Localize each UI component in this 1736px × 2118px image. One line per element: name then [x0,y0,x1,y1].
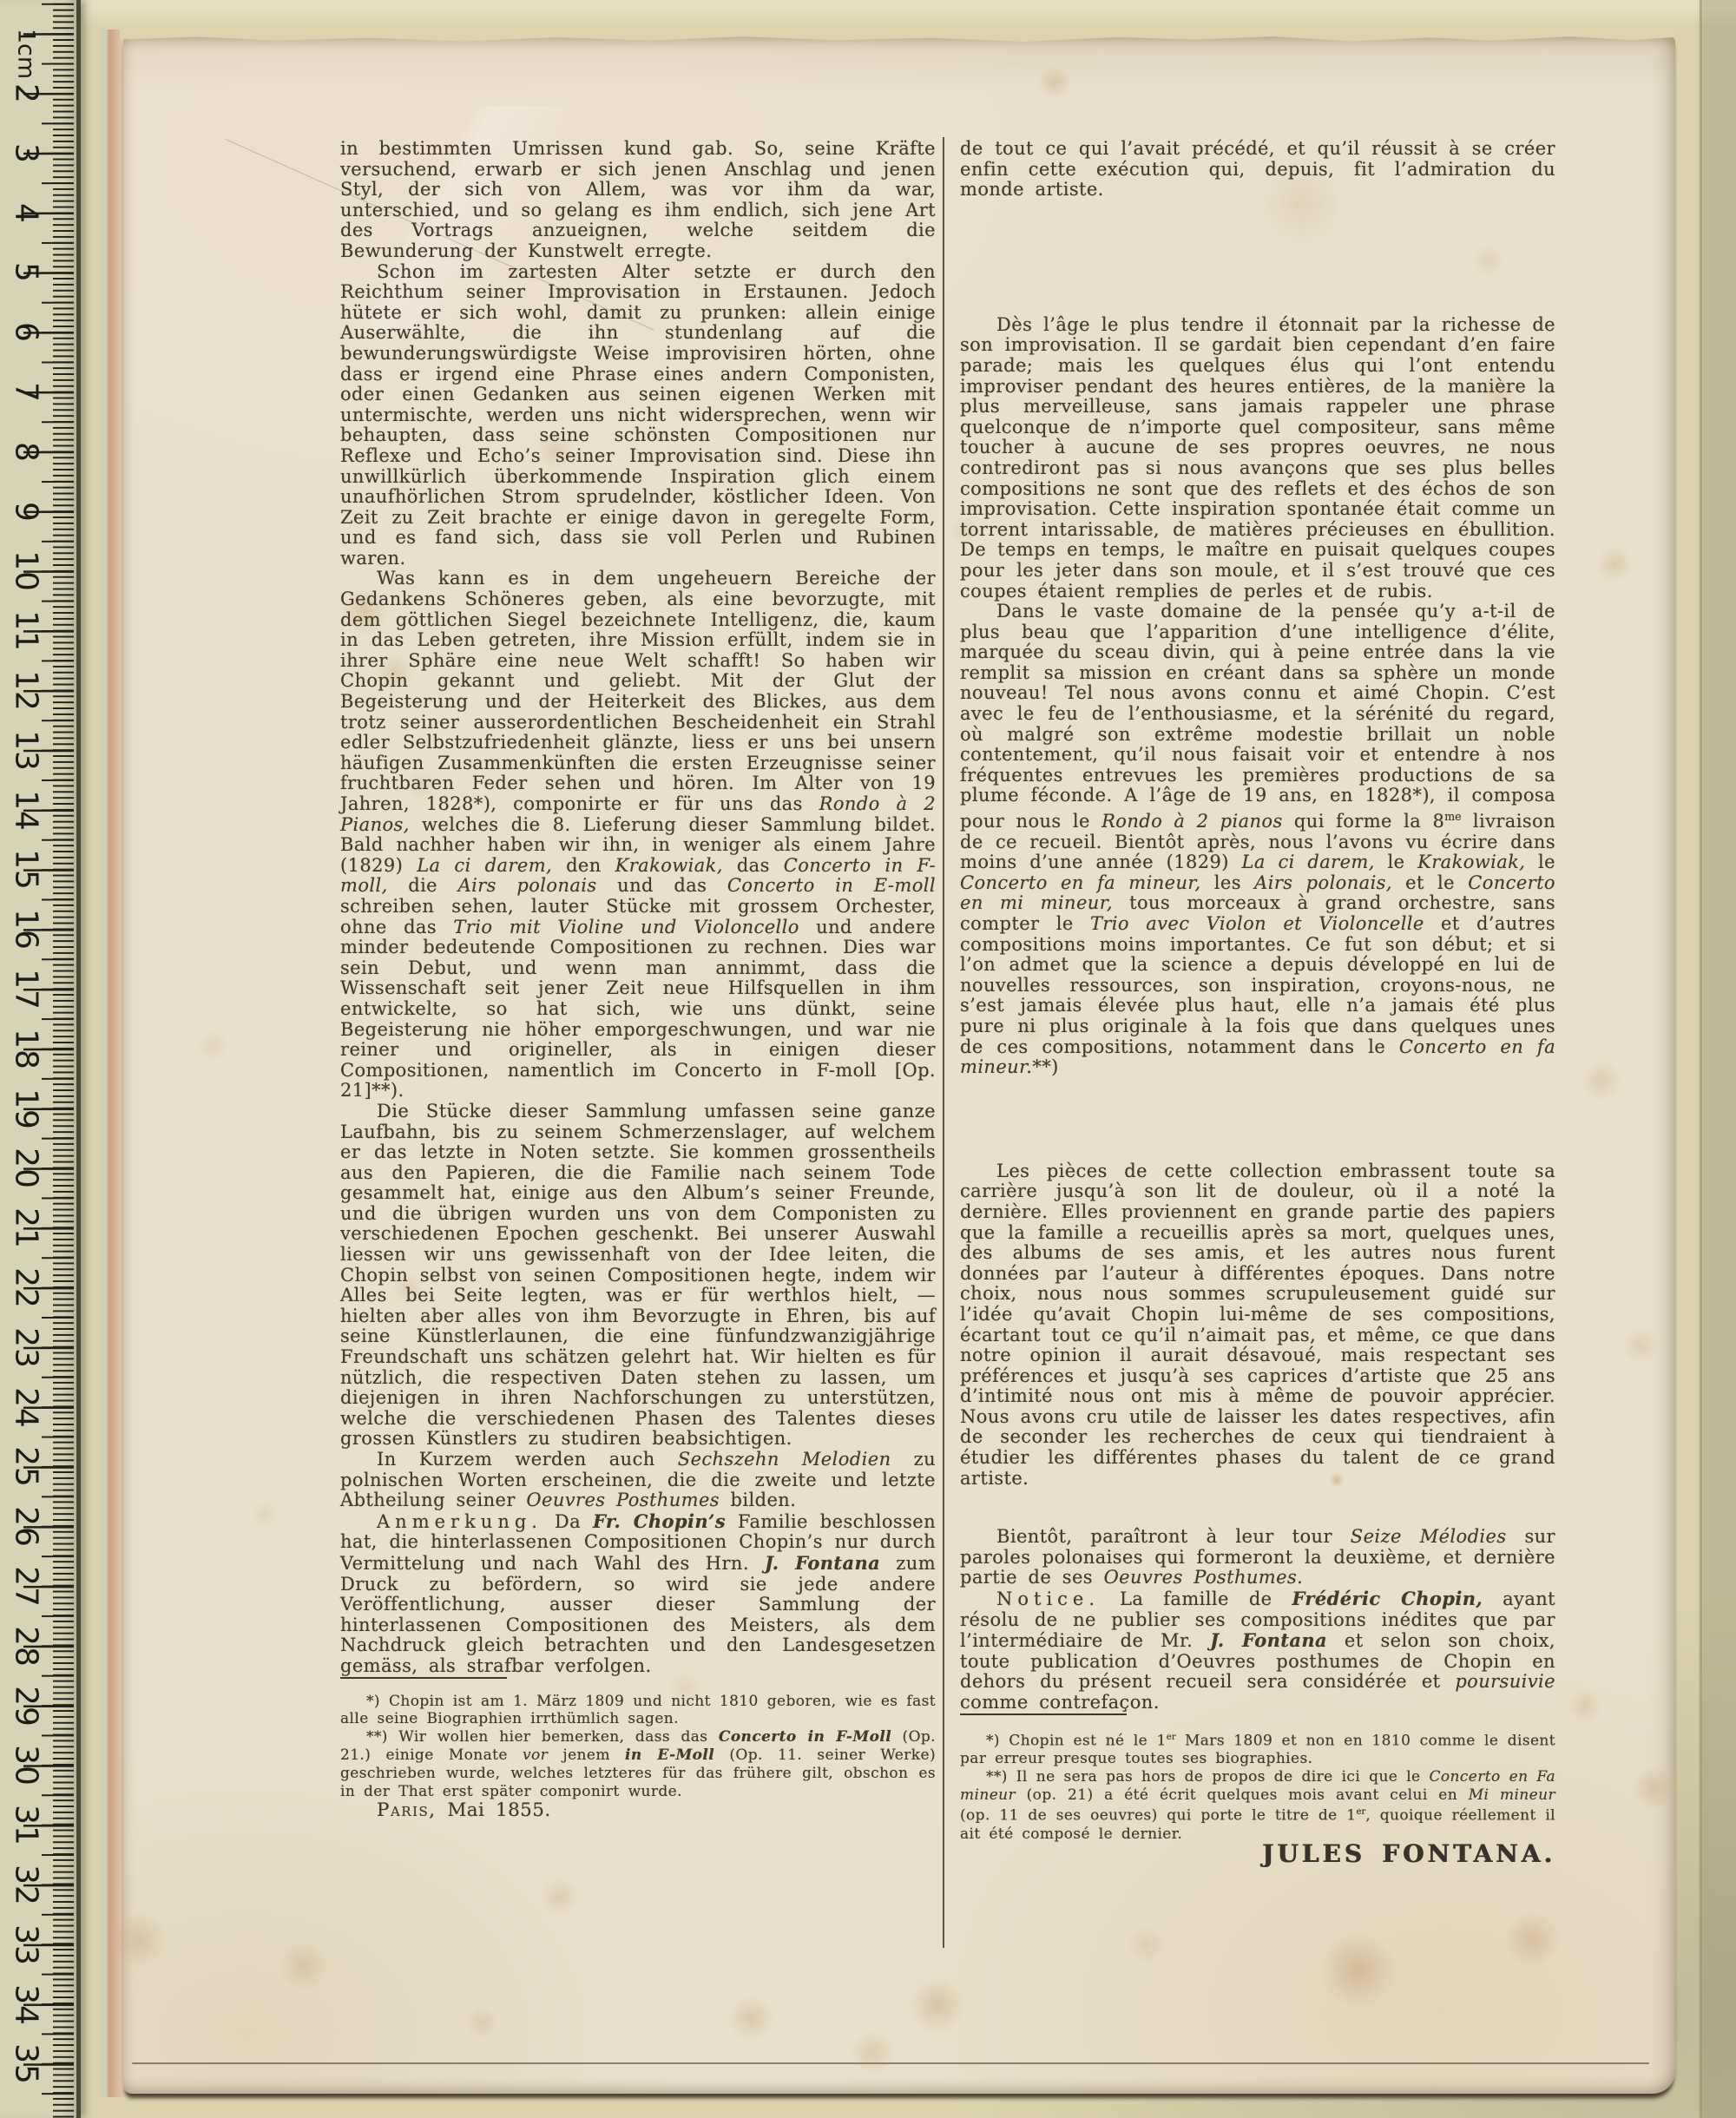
ruler-number: 5 [9,262,44,283]
ruler-number: 32 [9,1865,44,1906]
ruler-number: 8 [9,442,44,463]
foxing-stain [1614,1319,1667,1371]
german-column: in bestimmten Umrissen kund gab. So, sei… [340,139,936,1821]
german-paragraph: in bestimmten Umrissen kund gab. So, sei… [340,139,936,262]
text-segment: J. Fontana [765,1552,880,1574]
german-footnote-2: **) Wir wollen hier bemerken, dass das C… [340,1728,936,1800]
text-segment: **) Il ne sera pas hors de propos de dir… [986,1768,1430,1786]
scanned-document-photo: in bestimmten Umrissen kund gab. So, sei… [0,0,1736,2118]
ruler-number: 24 [9,1387,44,1429]
text-segment: les [1201,872,1255,893]
foxing-stain [718,1985,784,2051]
ruler-number: 10 [9,550,44,592]
text-segment: Mi mineur [1469,1786,1555,1804]
german-footnotes: *) Chopin ist am 1. März 1809 und nicht … [340,1693,936,1801]
foxing-stain [534,1871,586,1923]
ruler-number: 15 [9,849,44,891]
ruler-number: 20 [9,1148,44,1189]
text-segment: *) Chopin est né le 1 [986,1732,1167,1749]
text-segment: La ci darem, [1242,852,1375,872]
foxing-stain [246,1496,284,1534]
ruler-number: 22 [9,1267,44,1309]
ruler-number: 3 [9,143,44,164]
document-page: in bestimmten Umrissen kund gab. So, sei… [123,36,1675,2094]
text-segment: (op. 11 de ses oeuvres) qui porte le tit… [960,1807,1356,1825]
text-segment: bilden. [720,1490,796,1510]
ruler-number: 7 [9,382,44,403]
text-segment: und andere minder bedeutende Composition… [340,917,936,1102]
text-segment: poursuivie [1455,1671,1555,1692]
german-paragraph-anmerkung: Anmerkung. Da Fr. Chopin’s Familie besch… [340,1511,936,1677]
ruler-number: 28 [9,1626,44,1667]
text-segment: die [388,875,458,896]
ruler-number: 13 [9,730,44,772]
text-segment: Trio mit Violine und Violoncello [453,917,799,937]
french-footnote-rule [960,1713,1127,1715]
foxing-stain [1030,58,1079,107]
text-segment: qui forme la 8 [1283,811,1445,832]
text-segment: er [1356,1807,1365,1817]
french-paragraph: Bientôt, paraîtront à leur tour Seize Mé… [960,1527,1555,1588]
text-segment: Trio avec Violon et Violoncelle [1090,913,1424,934]
signature-jules-fontana: JULES FONTANA. [960,1844,1555,1865]
french-text-block: de tout ce qui l’avait précédé, et qu’il… [960,139,1555,1713]
text-segment: et le [1392,872,1468,893]
ruler-number: 17 [9,969,44,1010]
french-paragraph: Dès l’âge le plus tendre il étonnait par… [960,315,1555,602]
german-paragraph: Schon im zartesten Alter setzte er durch… [340,262,936,569]
text-segment: Krakowiak, [615,855,723,876]
text-segment: jenem [548,1746,625,1764]
foxing-stain [1120,1918,1172,1970]
text-segment: Rondo à 2 pianos [1101,811,1283,832]
foxing-stain [190,1023,235,1069]
text-segment: Seize Mélodies [1351,1526,1507,1547]
text-segment: Dès l’âge le plus tendre il étonnait par… [960,314,1555,602]
text-segment: Oeuvres Posthumes [526,1490,720,1510]
ruler-number: 2 [9,83,44,104]
french-paragraph: Dans le vaste domaine de la pensée qu’y … [960,602,1555,1078]
french-paragraph: de tout ce qui l’avait précédé, et qu’il… [960,139,1555,201]
text-segment: vor [523,1746,548,1764]
german-paragraph: Die Stücke dieser Sammlung umfassen sein… [340,1102,936,1450]
text-segment: den [552,855,615,876]
text-segment: Krakowiak, [1417,852,1525,872]
foxing-stain [1588,538,1641,590]
text-segment: Die Stücke dieser Sammlung umfassen sein… [340,1101,936,1450]
ruler-number: 16 [9,909,44,950]
text-segment: Les pièces de cette collection embrassen… [960,1161,1555,1489]
text-segment: in bestimmten Umrissen kund gab. So, sei… [340,138,936,261]
ruler-number: 21 [9,1207,44,1249]
cover-right-edge [1700,0,1702,2118]
ruler-number: 18 [9,1029,44,1070]
german-text-block: in bestimmten Umrissen kund gab. So, sei… [340,139,936,1677]
french-footnotes: *) Chopin est né le 1er Mars 1809 et non… [960,1729,1555,1844]
text-segment: Paris, [377,1799,437,1821]
text-segment: J. Fontana [1210,1629,1327,1651]
text-segment: Frédéric Chopin, [1292,1588,1483,1609]
text-segment: La ci darem, [417,855,552,876]
ruler-number: 30 [9,1745,44,1786]
german-paragraph: In Kurzem werden auch Sechszehn Melodien… [340,1450,936,1511]
german-footnote-1: *) Chopin ist am 1. März 1809 und nicht … [340,1693,936,1729]
text-segment: Concerto en fa mineur, [960,872,1201,893]
foxing-stain [1572,1051,1631,1110]
text-segment: *) Chopin ist am 1. März 1809 und nicht … [340,1693,936,1728]
foxing-stain [269,1931,339,2001]
ruler-number: 31 [9,1805,44,1846]
text-segment: Sechszehn Melodien [678,1449,891,1470]
ruler-number: 9 [9,502,44,523]
text-segment: Was kann es in dem ungeheuern Bereiche d… [340,568,936,814]
text-segment: Airs polonais, [1254,872,1392,893]
text-segment: le [1525,852,1555,872]
ruler-number: 34 [9,1984,44,2026]
foxing-stain [459,2000,504,2045]
foxing-stain [1493,1901,1571,1979]
under-sheet-edge-line [132,2062,1649,2064]
text-segment: das [723,855,784,876]
ruler-number: 4 [9,203,44,224]
german-footnote-rule [340,1677,507,1679]
cm-ruler: 1cm 234567891011121314151617181920212223… [0,0,81,2118]
text-segment: Fr. Chopin’s [593,1510,726,1532]
french-column: de tout ce qui l’avait précédé, et qu’il… [960,139,1555,1864]
text-segment: **) Wir wollen hier bemerken, dass das [366,1728,719,1746]
text-segment: le [1375,852,1417,872]
ruler-number: 26 [9,1506,44,1548]
ruler-number: 6 [9,322,44,343]
text-segment: in E-Moll [625,1746,714,1764]
french-paragraph-notice: Notice. La famille de Frédéric Chopin, a… [960,1588,1555,1713]
text-segment: Anmerkung. [377,1511,542,1532]
text-segment: de tout ce qui l’avait précédé, et qu’il… [960,138,1555,200]
ruler-number: 14 [9,790,44,832]
text-segment: In Kurzem werden auch [377,1449,678,1470]
ruler-number: 12 [9,670,44,712]
ruler-number: 11 [9,610,44,652]
text-segment: Concerto in F-Moll [719,1728,891,1746]
ruler-number: 35 [9,2043,44,2085]
foxing-stain [842,2023,903,2083]
text-segment: **) [1032,1056,1058,1077]
ruler-number: 25 [9,1446,44,1488]
text-segment: me [1444,810,1461,823]
column-divider-rule [943,137,944,1948]
text-segment: Mai 1855. [437,1799,551,1821]
text-segment: (op. 21) a été écrit quelques mois avant… [1016,1786,1469,1804]
foxing-stain [1560,1681,1608,1730]
text-segment: Concerto in E-moll [727,875,936,896]
text-segment: La famille de [1100,1588,1292,1609]
text-segment: comme contrefaçon. [960,1692,1160,1713]
text-segment: Schon im zartesten Alter setzte er durch… [340,261,936,569]
dateline-paris-1855: Paris, Mai 1855. [340,1800,936,1821]
ruler-number: 33 [9,1924,44,1966]
text-segment: Oeuvres Posthumes. [1104,1567,1304,1588]
foxing-stain [898,1966,976,2044]
ruler-unit-label: 1cm [13,29,40,79]
foxing-stain [1306,1918,1410,2023]
text-segment: Da [542,1511,593,1532]
ruler-number: 19 [9,1089,44,1130]
french-footnote-1: *) Chopin est né le 1er Mars 1809 et non… [960,1729,1555,1768]
french-paragraph: Les pièces de cette collection embrassen… [960,1161,1555,1490]
german-paragraph: Was kann es in dem ungeheuern Bereiche d… [340,569,936,1101]
text-segment: Bientôt, paraîtront à leur tour [996,1526,1351,1547]
ruler-number: 29 [9,1686,44,1727]
text-segment: Dans le vaste domaine de la pensée qu’y … [960,601,1555,832]
text-segment: er [1167,1733,1176,1742]
text-segment: und das [597,875,727,896]
foxing-stain [1623,1758,1684,1819]
ruler-number: 27 [9,1566,44,1608]
ruler-number: 23 [9,1327,44,1369]
text-segment: Airs polonais [458,875,597,896]
text-segment: Notice. [996,1588,1100,1609]
french-footnote-2: **) Il ne sera pas hors de propos de dir… [960,1768,1555,1844]
